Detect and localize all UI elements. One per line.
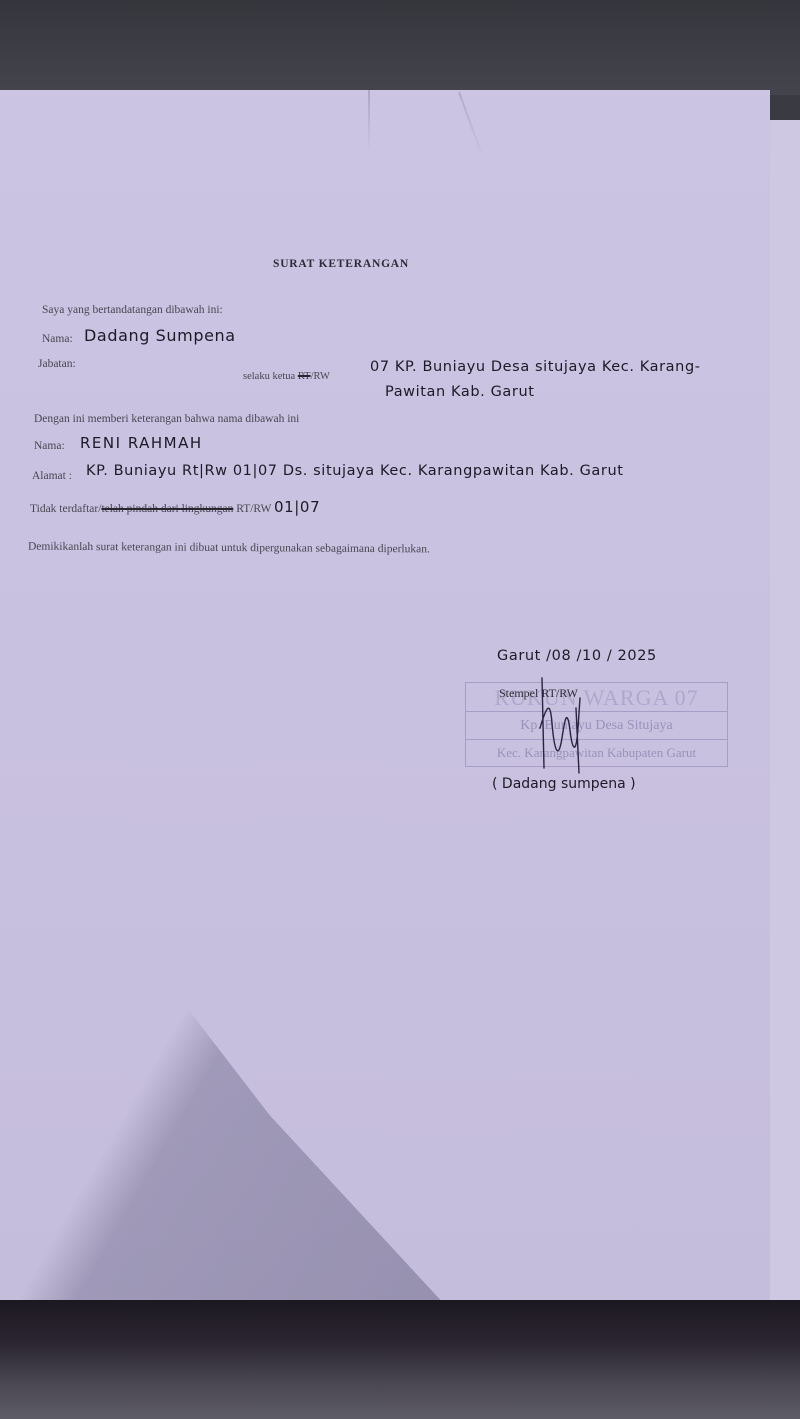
rw-stamp: RUKUN WARGA 07 Kp. Buniayu Desa Situjaya… — [465, 682, 728, 767]
signer-name-bottom: ( Dadang sumpena ) — [492, 776, 636, 792]
signer-name-label: Nama: — [42, 333, 73, 345]
stamp-line-2: Kp. Buniayu Desa Situjaya — [466, 712, 727, 740]
document-title: SURAT KETERANGAN — [273, 258, 409, 270]
signer-position-hand-1: 07 KP. Buniayu Desa situjaya Kec. Karang… — [370, 359, 701, 375]
registration-value: 01|07 — [274, 498, 320, 516]
statement-text: Dengan ini memberi keterangan bahwa nama… — [34, 413, 299, 425]
registration-prefix: Tidak terdaftar/ — [30, 503, 101, 515]
subject-address-value: KP. Buniayu Rt|Rw 01|07 Ds. situjaya Kec… — [86, 463, 624, 479]
position-prefix: selaku ketua — [243, 371, 298, 382]
place-date: Garut /08 /10 / 2025 — [497, 648, 657, 664]
position-struck: RT — [298, 371, 311, 382]
photo-background-bottom — [0, 1300, 800, 1419]
signer-position-hand-2: Pawitan Kab. Garut — [385, 384, 535, 400]
stamp-label: Stempel RT/RW — [499, 686, 578, 701]
letter-content: SURAT KETERANGAN Saya yang bertandatanga… — [0, 90, 770, 1340]
photo-background-top — [0, 0, 800, 95]
signer-position-line: selaku ketua RT/RW — [243, 366, 330, 384]
stamp-line-3: Kec. Karangpawitan Kabupaten Garut — [466, 740, 727, 766]
subject-name-value: RENI RAHMAH — [80, 434, 203, 452]
subject-address-label: Alamat : — [32, 470, 72, 482]
registration-struck: telah pindah dari lingkungan — [101, 503, 233, 515]
subject-name-label: Nama: — [34, 440, 65, 452]
closing-text: Demikikanlah surat keterangan ini dibuat… — [28, 541, 430, 556]
intro-text: Saya yang bertandatangan dibawah ini: — [42, 304, 223, 316]
signer-name-value: Dadang Sumpena — [84, 326, 236, 345]
document-paper: SURAT KETERANGAN Saya yang bertandatanga… — [0, 90, 770, 1340]
registration-suffix: RT/RW — [233, 503, 274, 515]
registration-line: Tidak terdaftar/telah pindah dari lingku… — [30, 498, 320, 517]
position-rest: /RW — [311, 371, 330, 382]
signer-position-label: Jabatan: — [38, 358, 76, 370]
